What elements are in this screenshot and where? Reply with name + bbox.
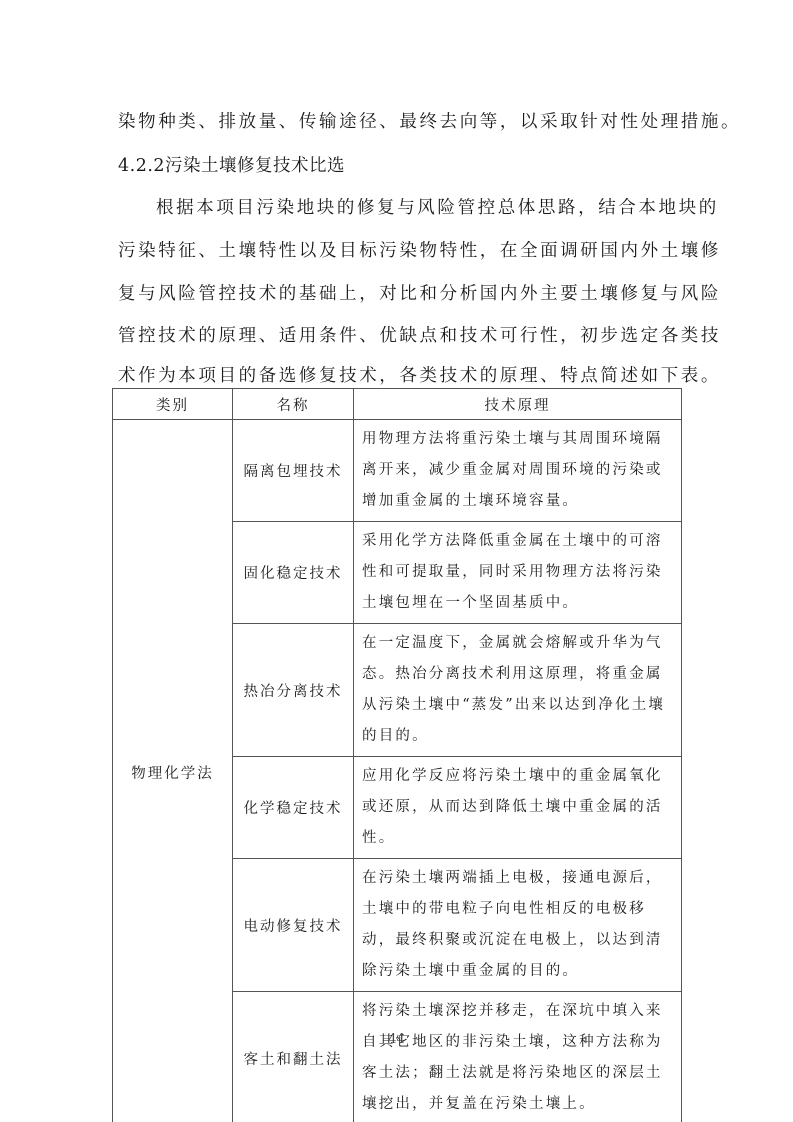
table-row: 物理化学法 隔离包埋技术 用物理方法将重污染土壤与其周围环境隔离开来，减少重金属… xyxy=(113,420,682,522)
tech-principle: 在污染土壤两端插上电极，接通电源后，土壤中的带电粒子向电性相反的电极移动，最终积… xyxy=(354,859,682,992)
body-text-continuation: 染物种类、排放量、传输途径、最终去向等，以采取针对性处理措施。 xyxy=(118,108,741,133)
tech-name: 电动修复技术 xyxy=(233,859,354,992)
tech-name: 隔离包埋技术 xyxy=(233,420,354,522)
header-name: 名称 xyxy=(233,389,354,420)
paragraph-line: 根据本项目污染地块的修复与风险管控总体思路，结合本地块的 xyxy=(156,194,719,219)
paragraph-line: 术作为本项目的备选修复技术，各类技术的原理、特点简述如下表。 xyxy=(118,362,721,387)
tech-principle: 在一定温度下，金属就会熔解或升华为气态。热冶分离技术利用这原理，将重金属从污染土… xyxy=(354,624,682,757)
remediation-technology-table: 类别 名称 技术原理 物理化学法 隔离包埋技术 用物理方法将重污染土壤与其周围环… xyxy=(112,388,682,1122)
section-heading: 4.2.2污染土壤修复技术比选 xyxy=(118,152,345,177)
tech-name: 客土和翻土法 xyxy=(233,992,354,1122)
tech-principle: 用物理方法将重污染土壤与其周围环境隔离开来，减少重金属对周围环境的污染或增加重金… xyxy=(354,420,682,522)
paragraph-line: 管控技术的原理、适用条件、优缺点和技术可行性，初步选定各类技 xyxy=(118,322,721,347)
tech-principle: 采用化学方法降低重金属在土壤中的可溶性和可提取量，同时采用物理方法将污染土壤包埋… xyxy=(354,522,682,624)
category-cell: 物理化学法 xyxy=(113,420,233,1122)
header-principle: 技术原理 xyxy=(354,389,682,420)
paragraph-line: 复与风险管控技术的基础上，对比和分析国内外主要土壤修复与风险 xyxy=(118,280,721,305)
tech-name: 化学稳定技术 xyxy=(233,757,354,859)
tech-name: 固化稳定技术 xyxy=(233,522,354,624)
tech-principle: 应用化学反应将污染土壤中的重金属氧化或还原，从而达到降低土壤中重金属的活性。 xyxy=(354,757,682,859)
paragraph-line: 污染特征、土壤特性以及目标污染物特性，在全面调研国内外土壤修 xyxy=(118,237,721,262)
tech-name: 热冶分离技术 xyxy=(233,624,354,757)
tech-principle: 将污染土壤深挖并移走，在深坑中填入来自其它地区的非污染土壤，这种方法称为客土法；… xyxy=(354,992,682,1122)
page-number: 44 xyxy=(0,1032,793,1047)
header-category: 类别 xyxy=(113,389,233,420)
table-header-row: 类别 名称 技术原理 xyxy=(113,389,682,420)
